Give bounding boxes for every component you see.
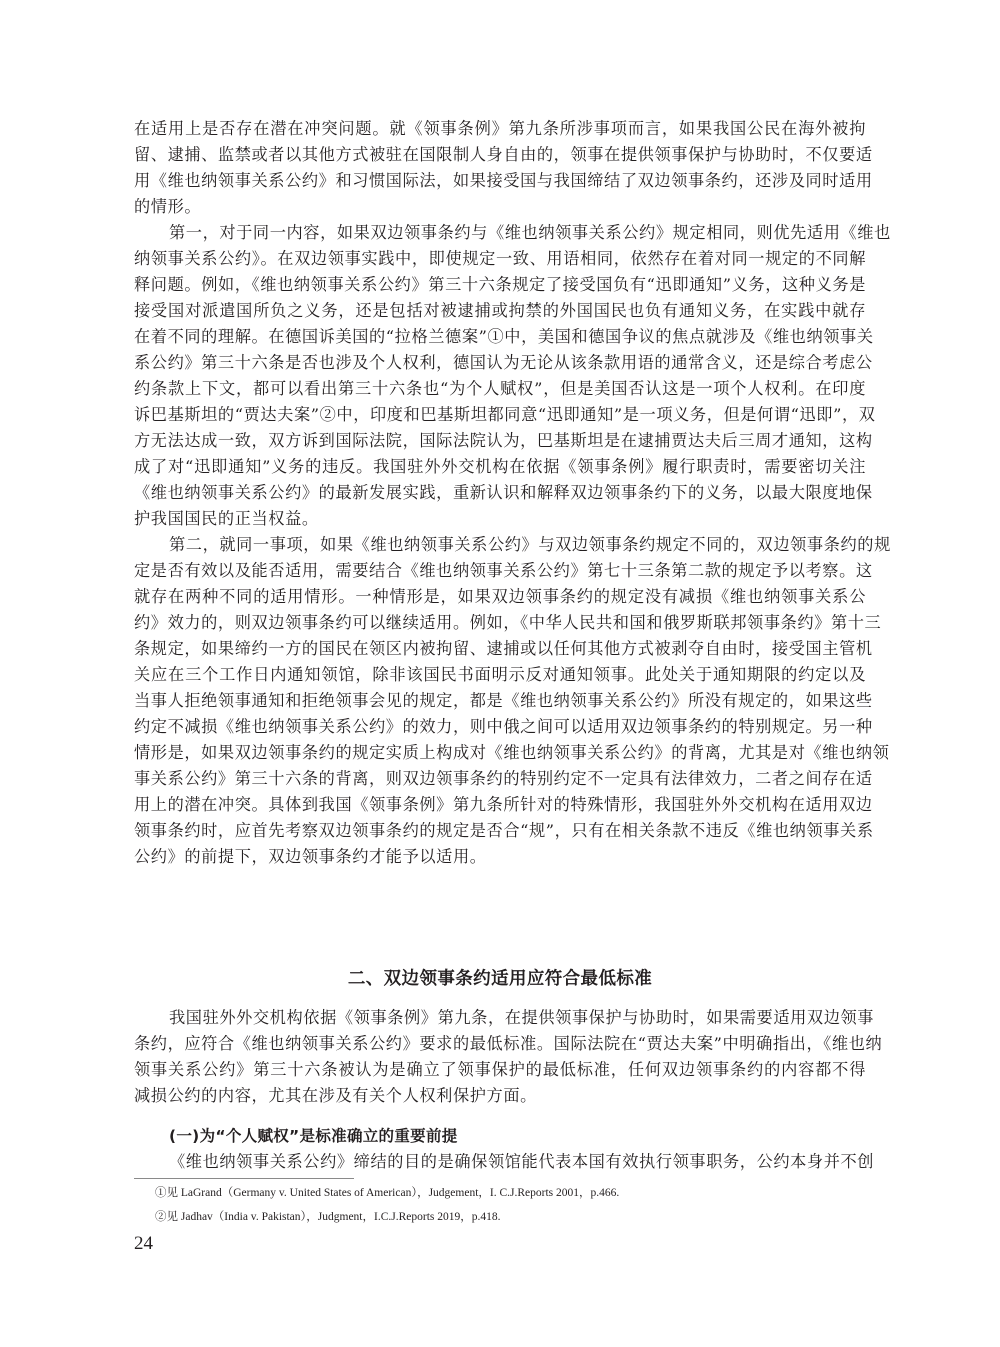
text-line: 的情形。 (134, 194, 866, 220)
text-line: 关应在三个工作日内通知领馆，除非该国民书面明示反对通知领事。此处关于通知期限的约… (134, 662, 866, 688)
text-line: 在适用上是否存在潜在冲突问题。就《领事条例》第九条所涉事项而言，如果我国公民在海… (134, 116, 866, 142)
subsection-heading: (一)为“个人赋权”是标准确立的重要前提 (169, 1123, 458, 1149)
text-line: 护我国国民的正当权益。 (134, 506, 866, 532)
text-line: 事关系公约》第三十六条的背离，则双边领事条约的特别约定不一定具有法律效力，二者之… (134, 766, 866, 792)
text-line: 情形是，如果双边领事条约的规定实质上构成对《维也纳领事关系公约》的背离，尤其是对… (134, 740, 866, 766)
text-line: 诉巴基斯坦的“贾达夫案”②中，印度和巴基斯坦都同意“迅即通知”是一项义务，但是何… (134, 402, 866, 428)
text-line: 条约，应符合《维也纳领事关系公约》要求的最低标准。国际法院在“贾达夫案”中明确指… (134, 1031, 866, 1057)
text-line: 减损公约的内容，尤其在涉及有关个人权利保护方面。 (134, 1083, 866, 1109)
text-line: 领事条约时，应首先考察双边领事条约的规定是否合“规”，只有在相关条款不违反《维也… (134, 818, 866, 844)
text-line: 接受国对派遣国所负之义务，还是包括对被逮捕或拘禁的外国国民也负有通知义务，在实践… (134, 298, 866, 324)
page-number: 24 (134, 1233, 153, 1255)
text-line: 第一，对于同一内容，如果双边领事条约与《维也纳领事关系公约》规定相同，则优先适用… (169, 220, 866, 246)
text-line: 留、逮捕、监禁或者以其他方式被驻在国限制人身自由的，领事在提供领事保护与协助时，… (134, 142, 866, 168)
text-line: 约定不减损《维也纳领事关系公约》的效力，则中俄之间可以适用双边领事条约的特别规定… (134, 714, 866, 740)
text-line: 当事人拒绝领事通知和拒绝领事会见的规定，都是《维也纳领事关系公约》所没有规定的，… (134, 688, 866, 714)
text-line: 用上的潜在冲突。具体到我国《领事条例》第九条所针对的特殊情形，我国驻外外交机构在… (134, 792, 866, 818)
text-line: 纳领事关系公约》。在双边领事实践中，即使规定一致、用语相同，依然存在着对同一规定… (134, 246, 866, 272)
text-line: 《维也纳领事关系公约》的最新发展实践，重新认识和解释双边领事条约下的义务，以最大… (134, 480, 866, 506)
section-heading: 二、双边领事条约适用应符合最低标准 (0, 966, 1000, 992)
text-line: 条规定，如果缔约一方的国民在领区内被拘留、逮捕或以任何其他方式被剥夺自由时，接受… (134, 636, 866, 662)
text-line: 公约》的前提下，双边领事条约才能予以适用。 (134, 844, 866, 870)
text-line: 就存在两种不同的适用情形。一种情形是，如果双边领事条约的规定没有减损《维也纳领事… (134, 584, 866, 610)
text-line: 我国驻外外交机构依据《领事条例》第九条，在提供领事保护与协助时，如果需要适用双边… (169, 1005, 866, 1031)
text-line: 释问题。例如，《维也纳领事关系公约》第三十六条规定了接受国负有“迅即通知”义务，… (134, 272, 866, 298)
footnote-divider (134, 1178, 354, 1179)
text-line: 约》效力的，则双边领事条约可以继续适用。例如，《中华人民共和国和俄罗斯联邦领事条… (134, 610, 866, 636)
text-line: 方无法达成一致，双方诉到国际法院，国际法院认为，巴基斯坦是在逮捕贾达夫后三周才通… (134, 428, 866, 454)
text-line: 定是否有效以及能否适用，需要结合《维也纳领事关系公约》第七十三条第二款的规定予以… (134, 558, 866, 584)
document-page: 在适用上是否存在潜在冲突问题。就《领事条例》第九条所涉事项而言，如果我国公民在海… (0, 0, 1000, 1347)
text-line: 约条款上下文，都可以看出第三十六条也“为个人赋权”，但是美国否认这是一项个人权利… (134, 376, 866, 402)
text-line: 成了对“迅即通知”义务的违反。我国驻外外交机构在依据《领事条例》履行职责时，需要… (134, 454, 866, 480)
footnote-2: ②见 Jadhav（India v. Pakistan），Judgment，I.… (155, 1208, 501, 1226)
footnote-1: ①见 LaGrand（Germany v. United States of A… (155, 1184, 619, 1202)
text-line: 用《维也纳领事关系公约》和习惯国际法，如果接受国与我国缔结了双边领事条约，还涉及… (134, 168, 866, 194)
text-line: 《维也纳领事关系公约》缔结的目的是确保领馆能代表本国有效执行领事职务，公约本身并… (169, 1149, 866, 1175)
text-line: 领事关系公约》第三十六条被认为是确立了领事保护的最低标准，任何双边领事条约的内容… (134, 1057, 866, 1083)
text-line: 系公约》第三十六条是否也涉及个人权利，德国认为无论从该条款用语的通常含义，还是综… (134, 350, 866, 376)
text-line: 在着不同的理解。在德国诉美国的“拉格兰德案”①中，美国和德国争议的焦点就涉及《维… (134, 324, 866, 350)
text-line: 第二，就同一事项，如果《维也纳领事关系公约》与双边领事条约规定不同的，双边领事条… (169, 532, 866, 558)
